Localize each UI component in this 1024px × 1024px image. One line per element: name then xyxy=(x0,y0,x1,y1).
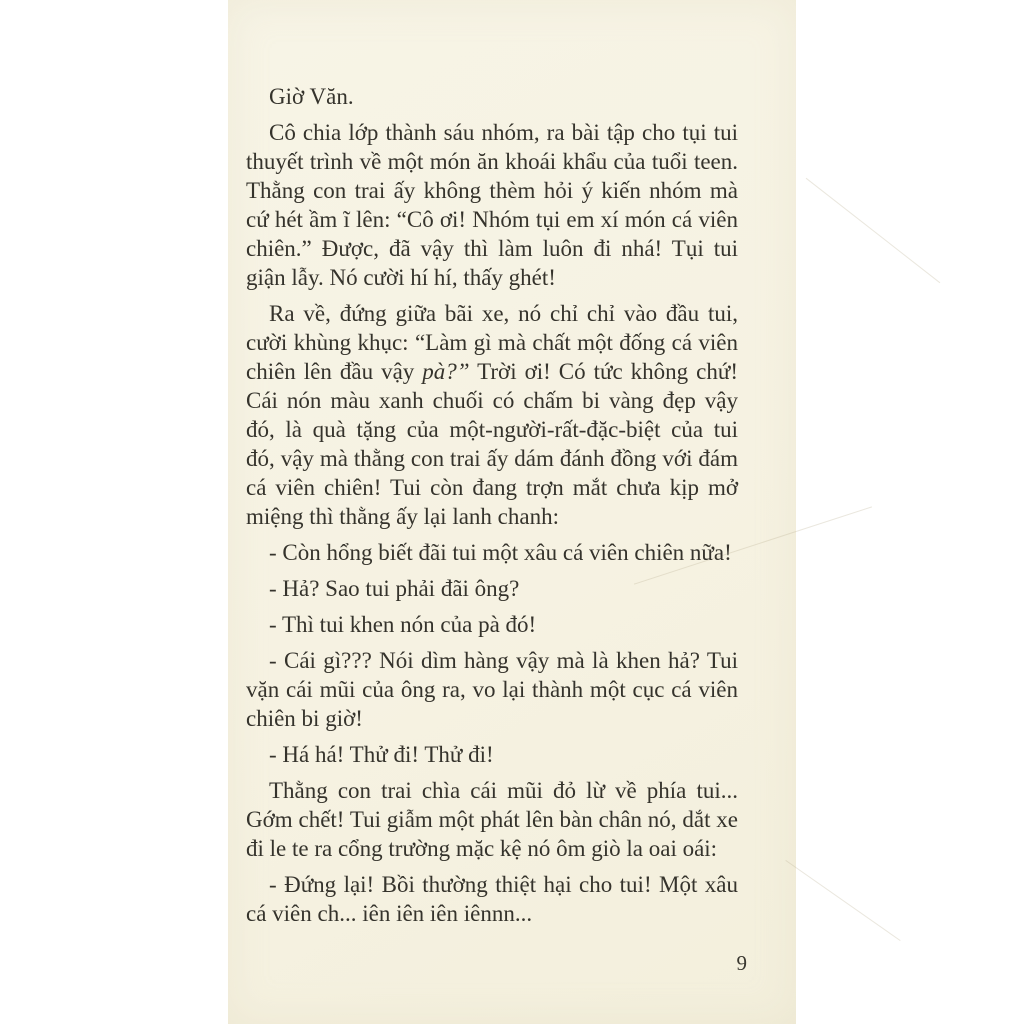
book-page: Giờ Văn. Cô chia lớp thành sáu nhóm, ra … xyxy=(228,0,796,1024)
paragraph-dialogue: - Hả? Sao tui phải đãi ông? xyxy=(246,574,738,603)
text-run: Thằng con trai chìa cái mũi đỏ lừ về phí… xyxy=(246,778,738,861)
text-run: - Hả? Sao tui phải đãi ông? xyxy=(269,576,519,601)
text-run: - Còn hổng biết đãi tui một xâu cá viên … xyxy=(269,540,732,565)
page-text-block: Giờ Văn. Cô chia lớp thành sáu nhóm, ra … xyxy=(228,0,796,928)
paragraph-dialogue: - Cái gì??? Nói dìm hàng vậy mà là khen … xyxy=(246,646,738,733)
text-run: - Há há! Thử đi! Thử đi! xyxy=(269,742,494,767)
scan-scratch-artifact xyxy=(785,860,900,941)
paragraph: Giờ Văn. xyxy=(246,82,738,111)
paragraph-dialogue: - Há há! Thử đi! Thử đi! xyxy=(246,740,738,769)
text-run: Cô chia lớp thành sáu nhóm, ra bài tập c… xyxy=(246,120,738,290)
paragraph: Cô chia lớp thành sáu nhóm, ra bài tập c… xyxy=(246,118,738,292)
text-run: Trời ơi! Có tức không chứ! Cái nón màu x… xyxy=(246,359,738,529)
text-run: - Đứng lại! Bồi thường thiệt hại cho tui… xyxy=(246,872,738,926)
page-number: 9 xyxy=(737,951,748,976)
text-run: Giờ Văn. xyxy=(269,84,354,109)
text-run: - Thì tui khen nón của pà đó! xyxy=(269,612,536,637)
text-run: - Cái gì??? Nói dìm hàng vậy mà là khen … xyxy=(246,648,738,731)
paragraph: Thằng con trai chìa cái mũi đỏ lừ về phí… xyxy=(246,776,738,863)
paragraph-dialogue: - Thì tui khen nón của pà đó! xyxy=(246,610,738,639)
paragraph-dialogue: - Còn hổng biết đãi tui một xâu cá viên … xyxy=(246,538,738,567)
scan-scratch-artifact xyxy=(806,178,941,283)
text-run-italic: pà?” xyxy=(422,359,469,384)
scan-backdrop: Giờ Văn. Cô chia lớp thành sáu nhóm, ra … xyxy=(0,0,1024,1024)
paragraph: Ra về, đứng giữa bãi xe, nó chỉ chỉ vào … xyxy=(246,299,738,531)
paragraph-dialogue: - Đứng lại! Bồi thường thiệt hại cho tui… xyxy=(246,870,738,928)
